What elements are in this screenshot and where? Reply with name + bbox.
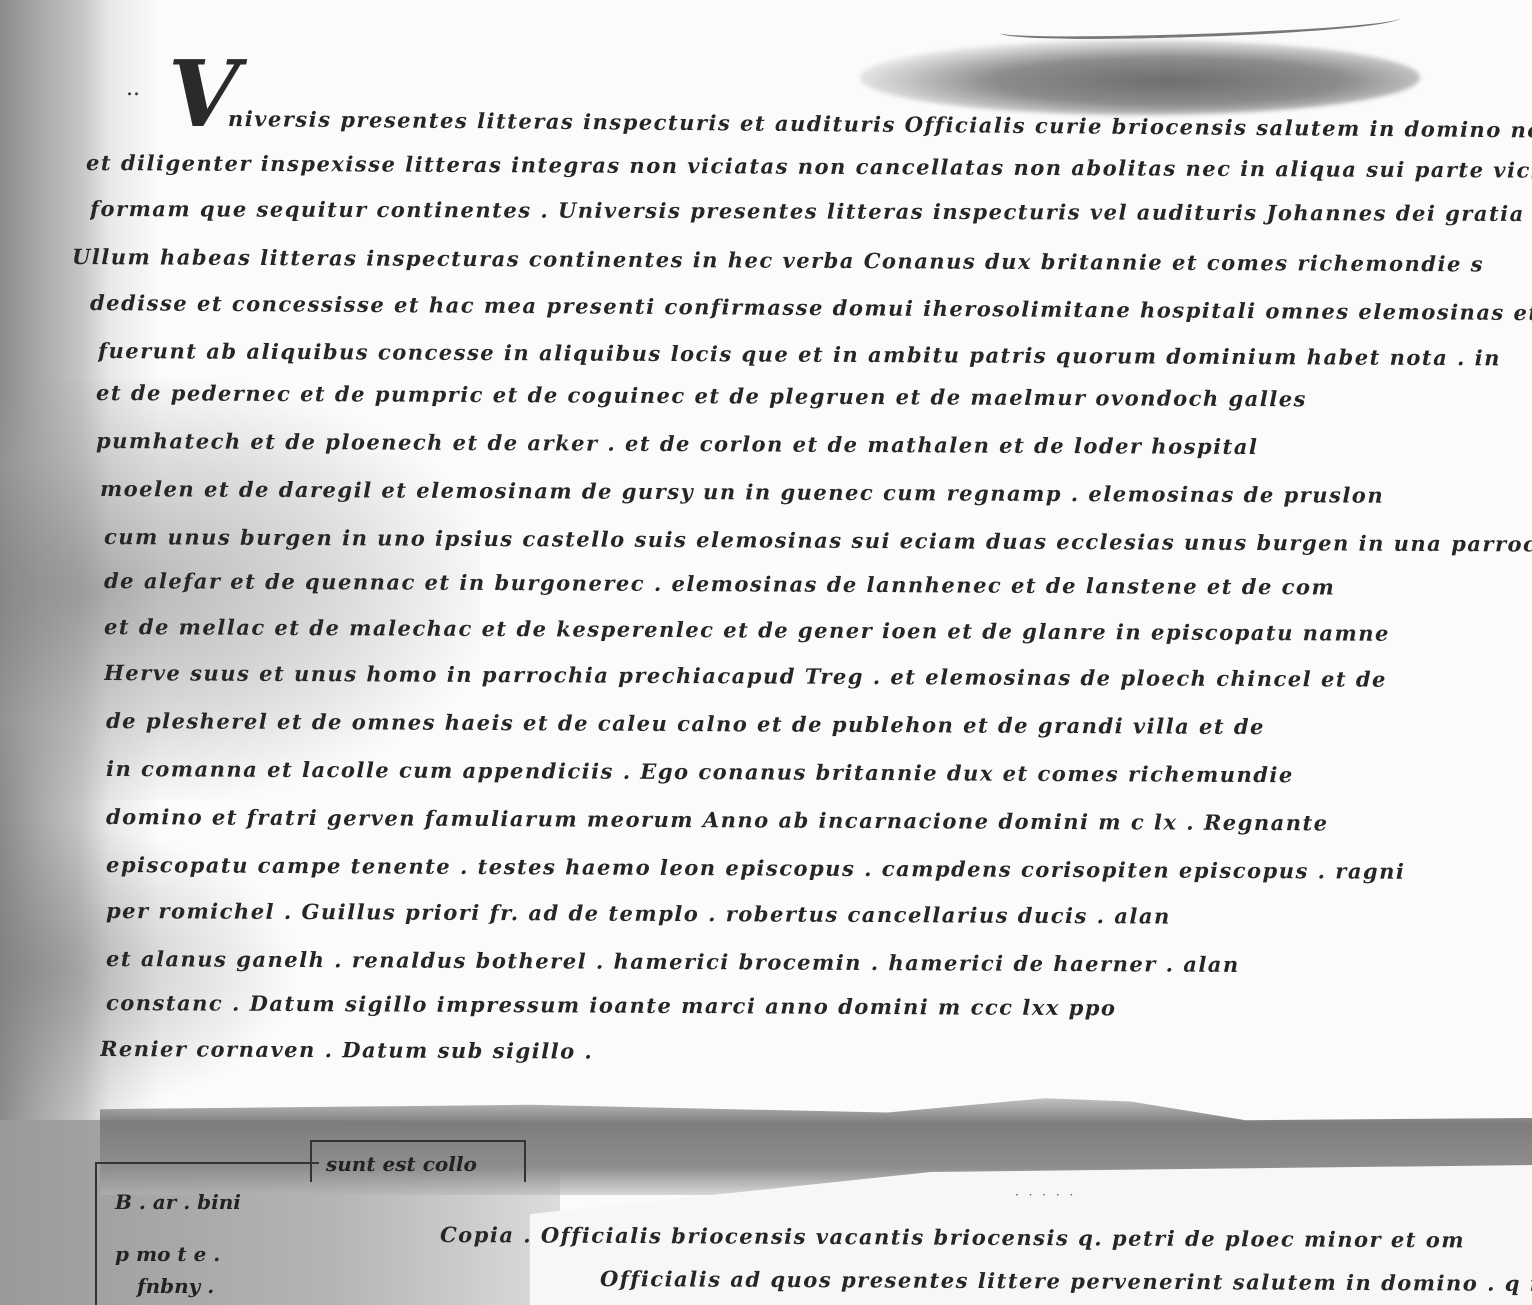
margin-box-line: B . ar . bini — [115, 1190, 241, 1214]
margin-box-header: sunt est collo — [310, 1140, 526, 1182]
margin-box-line: p mo t e . — [115, 1242, 220, 1266]
margin-box: B . ar . bini p mo t e . fnbny . — [95, 1162, 319, 1305]
text-line: Renier cornaven . Datum sub sigillo . — [100, 1036, 720, 1064]
margin-marker: .. — [126, 76, 140, 101]
margin-box-header-text: sunt est collo — [326, 1152, 477, 1176]
second-charter-line: Officialis ad quos presentes littere per… — [600, 1266, 1532, 1296]
text-line: formam que sequitur continentes . Univer… — [90, 196, 1532, 226]
faint-marks: · · · · · — [1015, 1188, 1076, 1202]
margin-box-line: fnbny . — [137, 1274, 214, 1298]
ink-smudge — [860, 40, 1420, 115]
